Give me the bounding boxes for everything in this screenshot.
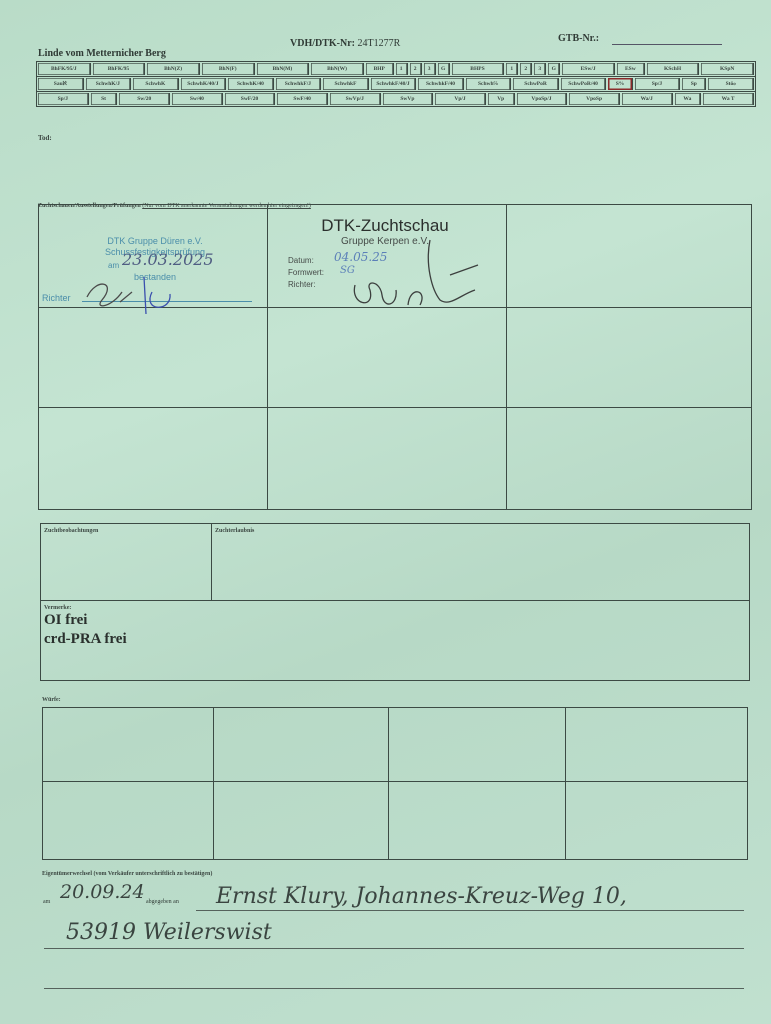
litter-cell-6[interactable] [214, 782, 389, 859]
breeding-permit-label: Zuchterlaubnis [212, 524, 749, 538]
test-checkbox[interactable]: ESw/J [562, 63, 615, 75]
test-checkbox[interactable]: SwVp/J [330, 93, 381, 105]
pedigree-form-page: Linde vom Metternicher Berg VDH/DTK-Nr: … [0, 0, 771, 1024]
vdh-label: VDH/DTK-Nr: [290, 38, 355, 49]
test-checkbox[interactable]: Vp/J [435, 93, 486, 105]
show-cell-4[interactable] [39, 308, 268, 408]
test-abbreviation-table: BhFK/95/JBhFK/95BhN(Z)BhN(F)BhN(M)BhN(W)… [36, 61, 756, 107]
remark-crd-pra: crd-PRA frei [44, 630, 749, 649]
ownership-date[interactable]: 20.09.24 [60, 881, 145, 903]
breeding-observations-cell[interactable]: Zuchtbeobachtungen [41, 524, 212, 601]
stamp1-date-prefix: am [108, 260, 119, 271]
test-checkbox[interactable]: Sw/40 [172, 93, 223, 105]
remarks-list: OI frei crd-PRA frei [41, 611, 749, 649]
show-cell-8[interactable] [268, 408, 507, 509]
stamp2-date-label: Datum: [288, 255, 324, 267]
breeding-grid: Zuchtbeobachtungen Zuchterlaubnis Vermer… [40, 523, 750, 681]
test-checkbox[interactable]: BhN(Z) [147, 63, 200, 75]
ownership-new-owner-city[interactable]: 53919 Weilerswist [66, 920, 272, 945]
test-checkbox[interactable]: SchwhK/J [86, 78, 132, 90]
test-row-3: Sp/JStSw/20Sw/40SwF/20SwF/40SwVp/JSwVpVp… [37, 92, 755, 106]
stamp1-date: 23.03.2025 [122, 254, 214, 265]
test-checkbox[interactable]: SchwPoR [513, 78, 559, 90]
test-checkbox[interactable]: BHPS [452, 63, 505, 75]
test-checkbox[interactable]: Sauℵ [38, 78, 84, 90]
test-checkbox[interactable]: 1 [506, 63, 518, 75]
test-checkbox[interactable]: SchwhK/40 [228, 78, 274, 90]
test-checkbox[interactable]: Wa T [703, 93, 754, 105]
stamp1-club: DTK Gruppe Düren e.V. [60, 236, 250, 247]
test-checkbox[interactable]: Wa [675, 93, 702, 105]
vdh-number: VDH/DTK-Nr: 24T1277R [290, 38, 400, 49]
test-checkbox[interactable]: BHP [366, 63, 394, 75]
death-label: Tod: [38, 134, 52, 142]
test-checkbox[interactable]: G [548, 63, 560, 75]
ownership-line-2 [44, 948, 744, 949]
test-checkbox[interactable]: G [438, 63, 450, 75]
ownership-title: Eigentümerwechsel (vom Verkäufer untersc… [42, 871, 212, 877]
test-row-2: SauℵSchwhK/JSchwhKSchwhK/40/JSchwhK/40Sc… [37, 77, 755, 92]
test-checkbox[interactable]: 2 [520, 63, 532, 75]
stamp1-judge-label: Richter [42, 293, 71, 303]
stamp1-judge-signature [82, 272, 182, 317]
test-checkbox[interactable]: BhN(W) [311, 63, 364, 75]
litter-cell-2[interactable] [214, 708, 389, 782]
breeding-permit-cell[interactable]: Zuchterlaubnis [212, 524, 749, 601]
litter-cell-3[interactable] [389, 708, 566, 782]
test-checkbox[interactable]: VpoSp/J [517, 93, 568, 105]
gtb-field[interactable] [612, 44, 722, 45]
test-checkbox[interactable]: BhN(M) [257, 63, 310, 75]
remarks-label: Vermerke: [41, 601, 749, 611]
show-cell-6[interactable] [507, 308, 751, 408]
test-checkbox[interactable]: SchwhK/40/J [181, 78, 227, 90]
litter-cell-8[interactable] [566, 782, 747, 859]
test-checkbox[interactable]: Sp/J [635, 78, 681, 90]
ownership-new-owner-address[interactable]: Ernst Klury, Johannes-Kreuz-Weg 10, [216, 884, 627, 909]
litter-cell-5[interactable] [43, 782, 214, 859]
dog-name: Linde vom Metternicher Berg [38, 48, 166, 59]
litter-cell-7[interactable] [389, 782, 566, 859]
stamp2-title: DTK-Zuchtschau [290, 216, 480, 236]
stamp2-judge-signature [350, 235, 480, 315]
test-checkbox[interactable]: SwVp [383, 93, 434, 105]
test-checkbox[interactable]: Sp/J [38, 93, 89, 105]
vdh-value: 24T1277R [358, 38, 401, 49]
test-checkbox[interactable]: 3 [424, 63, 436, 75]
breeding-observations-label: Zuchtbeobachtungen [41, 524, 211, 538]
test-checkbox[interactable]: BhN(F) [202, 63, 255, 75]
test-checkbox[interactable]: KSchH [647, 63, 700, 75]
stamp1-date-row: am 23.03.2025 [60, 258, 250, 270]
test-checkbox[interactable]: SwF/20 [225, 93, 276, 105]
test-checkbox[interactable]: S% [608, 78, 632, 90]
test-row-1: BhFK/95/JBhFK/95BhN(Z)BhN(F)BhN(M)BhN(W)… [37, 62, 755, 77]
test-checkbox[interactable]: SchwhK [133, 78, 179, 90]
show-cell-9[interactable] [507, 408, 751, 509]
litter-cell-1[interactable] [43, 708, 214, 782]
test-checkbox[interactable]: KSpN [701, 63, 754, 75]
test-checkbox[interactable]: Sp [682, 78, 706, 90]
test-checkbox[interactable]: ESw [617, 63, 645, 75]
test-checkbox[interactable]: SwF/40 [277, 93, 328, 105]
test-checkbox[interactable]: St [91, 93, 118, 105]
test-checkbox[interactable]: 2 [410, 63, 422, 75]
gtb-label: GTB-Nr.: [558, 33, 599, 44]
test-checkbox[interactable]: Schwh℅ [466, 78, 512, 90]
ownership-date-prefix: am [43, 899, 50, 905]
test-checkbox[interactable]: VpoSp [569, 93, 620, 105]
test-checkbox[interactable]: 1 [396, 63, 408, 75]
litter-cell-4[interactable] [566, 708, 747, 782]
test-checkbox[interactable]: SchwhkF/40/J [371, 78, 417, 90]
test-checkbox[interactable]: SchwPoR/40 [561, 78, 607, 90]
test-checkbox[interactable]: Wa/J [622, 93, 673, 105]
litters-grid [42, 707, 748, 860]
remark-oi: OI frei [44, 611, 749, 630]
ownership-handed-label: abgegeben an [146, 899, 179, 905]
test-checkbox[interactable]: SchwhkF [323, 78, 369, 90]
show-cell-7[interactable] [39, 408, 268, 509]
test-checkbox[interactable]: BhFK/95/J [38, 63, 91, 75]
litters-label: Würfe: [42, 697, 61, 703]
test-checkbox[interactable]: SchwhkF/40 [418, 78, 464, 90]
stamp2-judge-label: Richter: [288, 279, 324, 291]
ownership-line-3 [44, 988, 744, 989]
ownership-line-1 [196, 910, 744, 911]
stamp2-labels: Datum: Formwert: Richter: [288, 255, 324, 291]
test-checkbox[interactable]: Sw/20 [119, 93, 170, 105]
show-cell-3[interactable] [507, 205, 751, 308]
stamp2-rating-label: Formwert: [288, 267, 324, 279]
test-checkbox[interactable]: 3 [534, 63, 546, 75]
test-checkbox[interactable]: Stöℴ [708, 78, 754, 90]
test-checkbox[interactable]: Vp [488, 93, 515, 105]
show-cell-5[interactable] [268, 308, 507, 408]
test-checkbox[interactable]: BhFK/95 [93, 63, 146, 75]
test-checkbox[interactable]: SchwhkF/J [276, 78, 322, 90]
remarks-cell[interactable]: Vermerke: OI frei crd-PRA frei [41, 601, 749, 680]
